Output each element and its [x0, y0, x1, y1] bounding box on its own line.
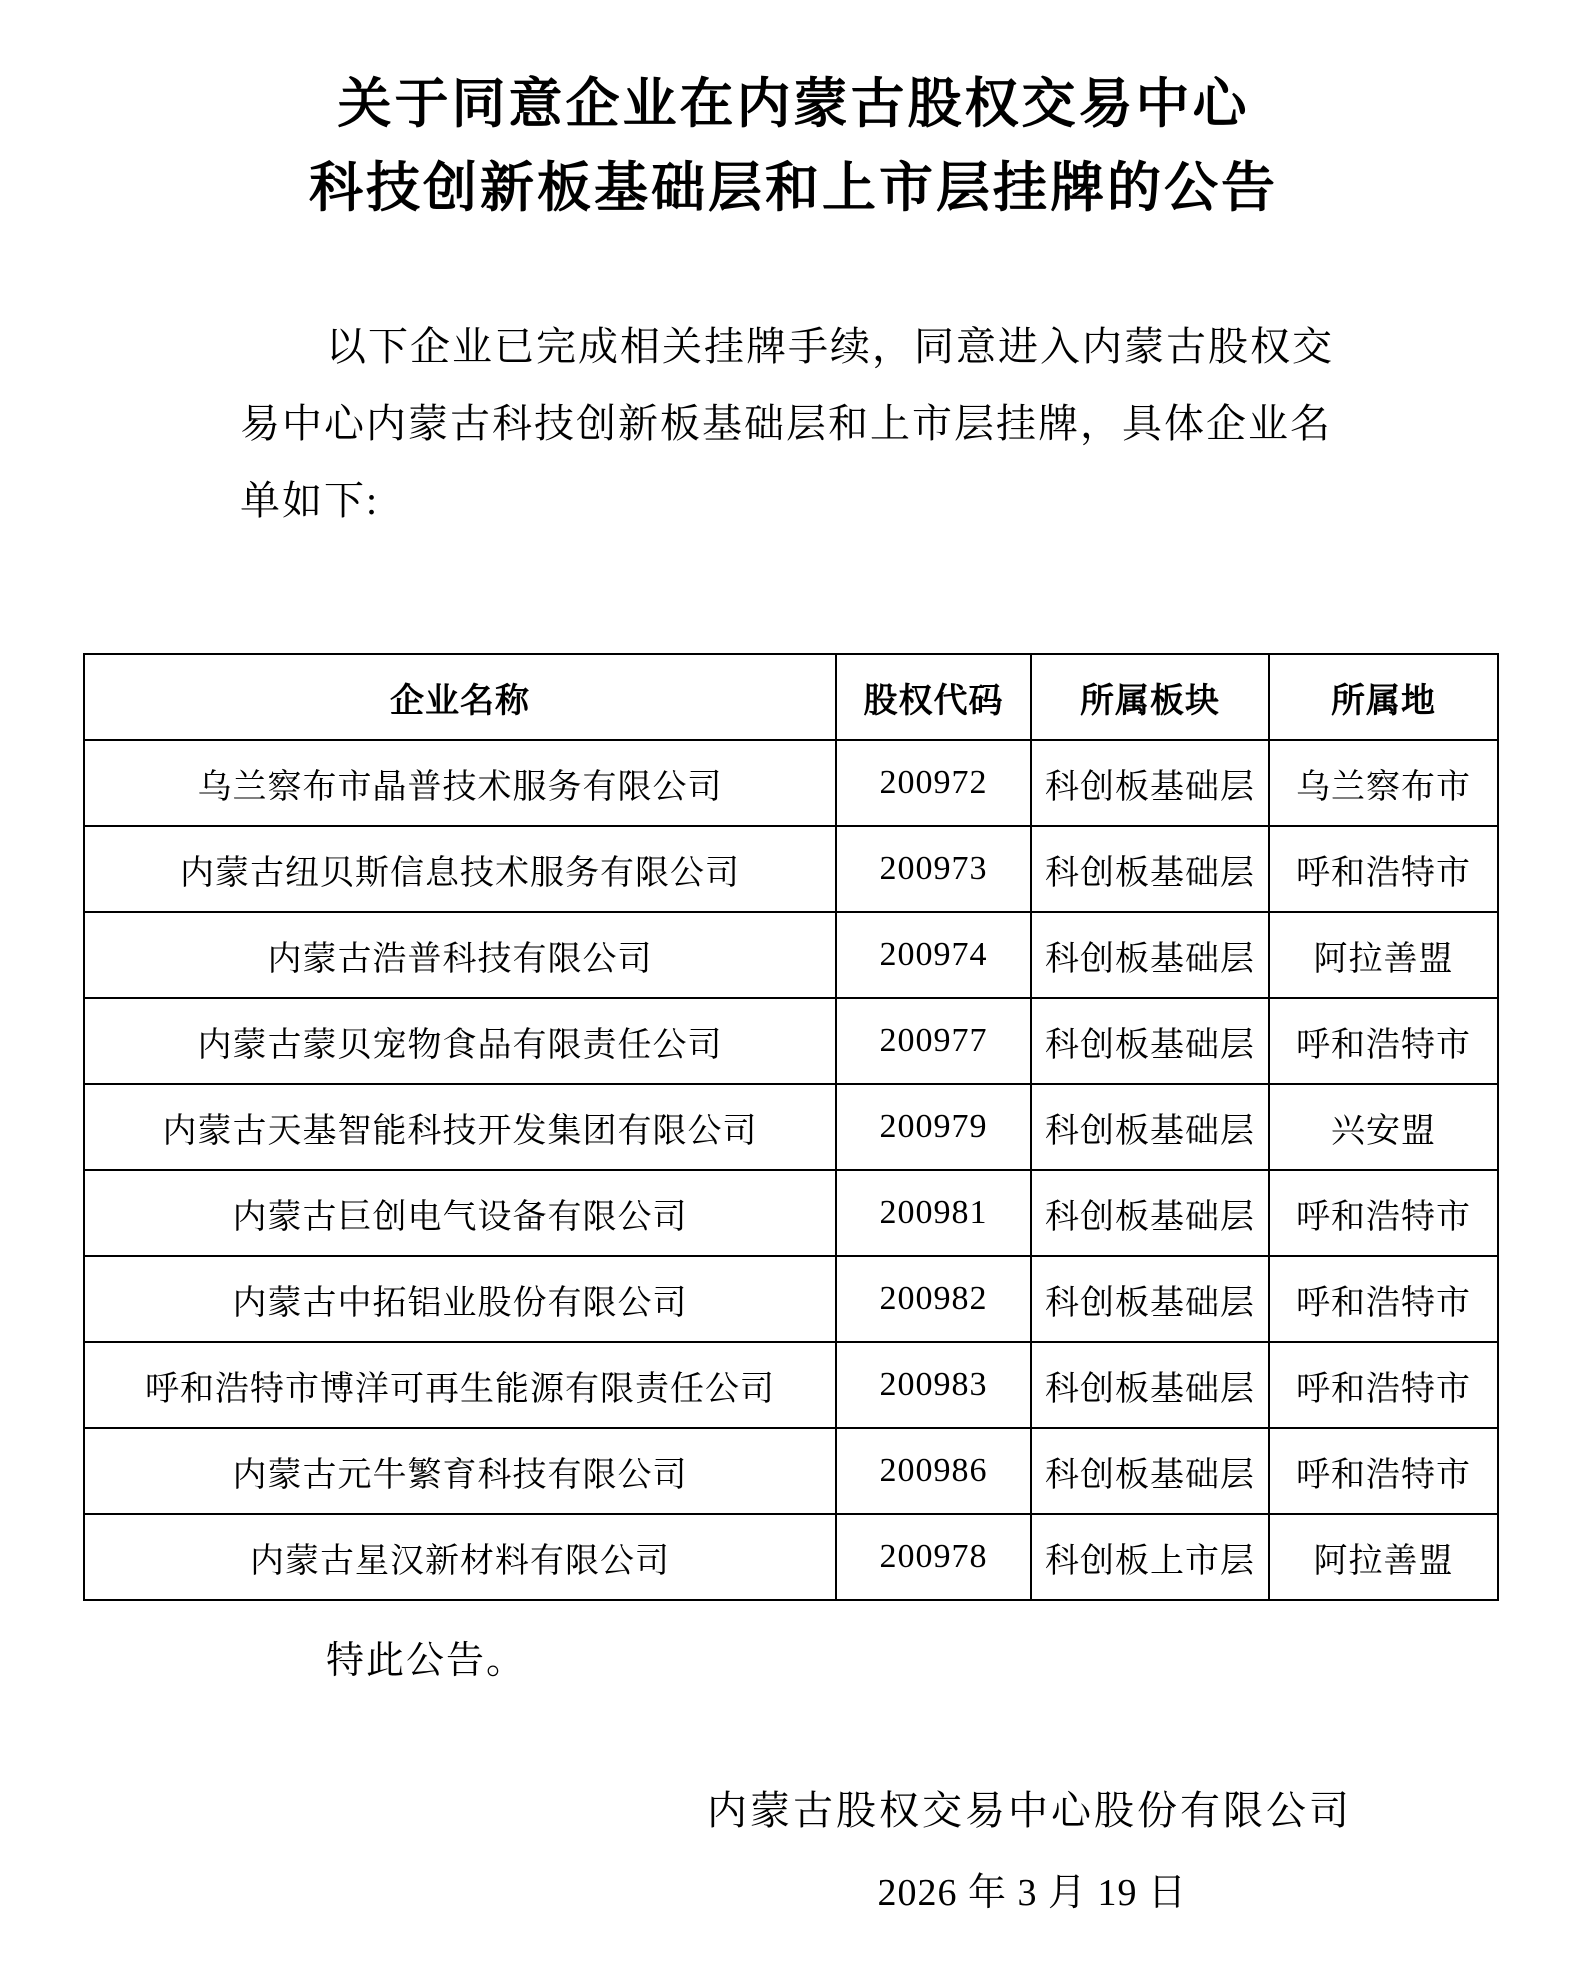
- cell-region: 兴安盟: [1269, 1084, 1498, 1170]
- document-title-line-2: 科技创新板基础层和上市层挂牌的公告: [0, 146, 1587, 230]
- cell-company-name: 乌兰察布市晶普技术服务有限公司: [84, 740, 836, 826]
- cell-company-name: 内蒙古元牛繁育科技有限公司: [84, 1428, 836, 1514]
- cell-region: 呼和浩特市: [1269, 826, 1498, 912]
- cell-board: 科创板基础层: [1031, 998, 1269, 1084]
- header-region: 所属地: [1269, 654, 1498, 740]
- header-stock-code: 股权代码: [836, 654, 1031, 740]
- header-company-name: 企业名称: [84, 654, 836, 740]
- cell-company-name: 内蒙古巨创电气设备有限公司: [84, 1170, 836, 1256]
- table-row: 内蒙古中拓铝业股份有限公司 200982 科创板基础层 呼和浩特市: [84, 1256, 1498, 1342]
- cell-board: 科创板基础层: [1031, 912, 1269, 998]
- cell-board: 科创板基础层: [1031, 1084, 1269, 1170]
- cell-stock-code: 200973: [836, 826, 1031, 912]
- cell-company-name: 内蒙古天基智能科技开发集团有限公司: [84, 1084, 836, 1170]
- cell-stock-code: 200982: [836, 1256, 1031, 1342]
- document-title-line-1: 关于同意企业在内蒙古股权交易中心: [0, 62, 1587, 146]
- intro-line-3: 单如下:: [240, 462, 1357, 539]
- cell-company-name: 呼和浩特市博洋可再生能源有限责任公司: [84, 1342, 836, 1428]
- cell-company-name: 内蒙古浩普科技有限公司: [84, 912, 836, 998]
- table-row: 内蒙古星汉新材料有限公司 200978 科创板上市层 阿拉善盟: [84, 1514, 1498, 1600]
- table-row: 呼和浩特市博洋可再生能源有限责任公司 200983 科创板基础层 呼和浩特市: [84, 1342, 1498, 1428]
- intro-paragraph: 以下企业已完成相关挂牌手续，同意进入内蒙古股权交 易中心内蒙古科技创新板基础层和…: [240, 308, 1357, 539]
- cell-stock-code: 200977: [836, 998, 1031, 1084]
- cell-board: 科创板基础层: [1031, 1342, 1269, 1428]
- cell-stock-code: 200978: [836, 1514, 1031, 1600]
- cell-board: 科创板上市层: [1031, 1514, 1269, 1600]
- cell-stock-code: 200986: [836, 1428, 1031, 1514]
- table-row: 内蒙古蒙贝宠物食品有限责任公司 200977 科创板基础层 呼和浩特市: [84, 998, 1498, 1084]
- table-row: 乌兰察布市晶普技术服务有限公司 200972 科创板基础层 乌兰察布市: [84, 740, 1498, 826]
- cell-region: 阿拉善盟: [1269, 912, 1498, 998]
- table-row: 内蒙古元牛繁育科技有限公司 200986 科创板基础层 呼和浩特市: [84, 1428, 1498, 1514]
- document-title: 关于同意企业在内蒙古股权交易中心 科技创新板基础层和上市层挂牌的公告: [0, 0, 1587, 230]
- cell-company-name: 内蒙古蒙贝宠物食品有限责任公司: [84, 998, 836, 1084]
- cell-region: 呼和浩特市: [1269, 1342, 1498, 1428]
- cell-region: 呼和浩特市: [1269, 1428, 1498, 1514]
- cell-stock-code: 200974: [836, 912, 1031, 998]
- announcement-page: 关于同意企业在内蒙古股权交易中心 科技创新板基础层和上市层挂牌的公告 以下企业已…: [0, 0, 1587, 1962]
- table-row: 内蒙古浩普科技有限公司 200974 科创板基础层 阿拉善盟: [84, 912, 1498, 998]
- signature-text: 内蒙古股权交易中心股份有限公司: [0, 1781, 1587, 1841]
- header-board: 所属板块: [1031, 654, 1269, 740]
- table-row: 内蒙古巨创电气设备有限公司 200981 科创板基础层 呼和浩特市: [84, 1170, 1498, 1256]
- companies-table: 企业名称 股权代码 所属板块 所属地 乌兰察布市晶普技术服务有限公司 20097…: [83, 653, 1499, 1601]
- closing-text: 特此公告。: [240, 1621, 1587, 1701]
- cell-stock-code: 200972: [836, 740, 1031, 826]
- cell-stock-code: 200981: [836, 1170, 1031, 1256]
- intro-line-1: 以下企业已完成相关挂牌手续，同意进入内蒙古股权交: [240, 308, 1357, 385]
- cell-board: 科创板基础层: [1031, 1256, 1269, 1342]
- cell-company-name: 内蒙古星汉新材料有限公司: [84, 1514, 836, 1600]
- cell-region: 呼和浩特市: [1269, 1256, 1498, 1342]
- cell-board: 科创板基础层: [1031, 826, 1269, 912]
- intro-line-2: 易中心内蒙古科技创新板基础层和上市层挂牌，具体企业名: [240, 385, 1357, 462]
- cell-region: 阿拉善盟: [1269, 1514, 1498, 1600]
- table-row: 内蒙古纽贝斯信息技术服务有限公司 200973 科创板基础层 呼和浩特市: [84, 826, 1498, 912]
- cell-stock-code: 200983: [836, 1342, 1031, 1428]
- table-header-row: 企业名称 股权代码 所属板块 所属地: [84, 654, 1498, 740]
- cell-board: 科创板基础层: [1031, 1428, 1269, 1514]
- cell-region: 呼和浩特市: [1269, 1170, 1498, 1256]
- table-row: 内蒙古天基智能科技开发集团有限公司 200979 科创板基础层 兴安盟: [84, 1084, 1498, 1170]
- cell-stock-code: 200979: [836, 1084, 1031, 1170]
- cell-region: 呼和浩特市: [1269, 998, 1498, 1084]
- cell-board: 科创板基础层: [1031, 1170, 1269, 1256]
- cell-company-name: 内蒙古纽贝斯信息技术服务有限公司: [84, 826, 836, 912]
- date-text: 2026 年 3 月 19 日: [0, 1863, 1587, 1923]
- cell-company-name: 内蒙古中拓铝业股份有限公司: [84, 1256, 836, 1342]
- cell-region: 乌兰察布市: [1269, 740, 1498, 826]
- cell-board: 科创板基础层: [1031, 740, 1269, 826]
